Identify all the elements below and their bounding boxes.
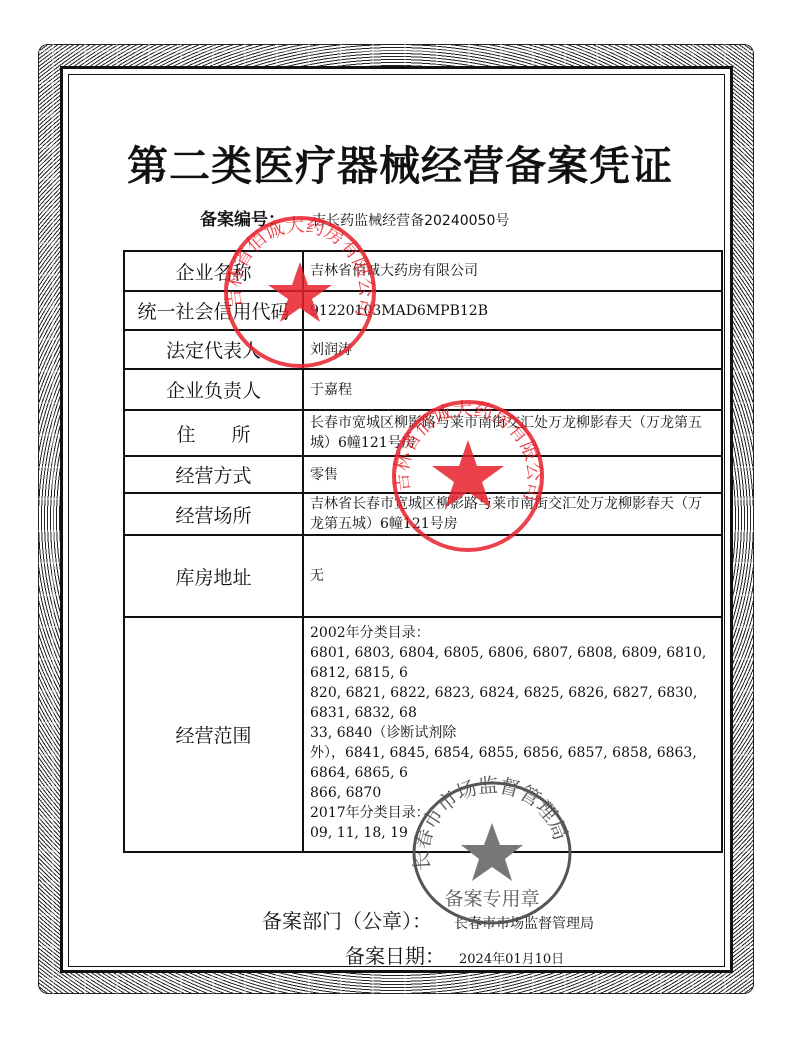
table-row: 住所 长春市宽城区柳影路与莱市南街交汇处万龙柳影春天（万龙第五城）6幢121号房	[124, 410, 722, 456]
date-label: 备案日期：	[345, 944, 445, 968]
field-value: 长春市宽城区柳影路与莱市南街交汇处万龙柳影春天（万龙第五城）6幢121号房	[303, 410, 722, 456]
date-value: 2024年01月10日	[459, 952, 564, 967]
record-number-label: 备案编号：	[200, 210, 285, 230]
department-label: 备案部门（公章）：	[262, 909, 432, 933]
table-row: 企业负责人 于嘉程	[124, 369, 722, 410]
field-value: 91220103MAD6MPB12B	[303, 291, 722, 330]
field-value: 刘润涛	[303, 330, 722, 369]
scope-line: 6801, 6803, 6804, 6805, 6806, 6807, 6808…	[310, 643, 715, 683]
table-row: 法定代表人 刘润涛	[124, 330, 722, 369]
field-label: 法定代表人	[124, 330, 303, 369]
field-value: 无	[303, 535, 722, 617]
filing-date: 备案日期：2024年01月10日	[345, 940, 564, 969]
business-scope: 2002年分类目录： 6801, 6803, 6804, 6805, 6806,…	[303, 617, 722, 852]
table-row: 统一社会信用代码 91220103MAD6MPB12B	[124, 291, 722, 330]
scope-line: 866, 6870	[310, 783, 715, 803]
scope-line: 2017年分类目录：	[310, 803, 715, 823]
field-value: 吉林省长春市宽城区柳影路与莱市南街交汇处万龙柳影春天（万龙第五城）6幢121号房	[303, 493, 722, 535]
field-value: 于嘉程	[303, 369, 722, 410]
field-label: 企业负责人	[124, 369, 303, 410]
field-label: 统一社会信用代码	[124, 291, 303, 330]
field-label: 经营范围	[124, 617, 303, 852]
table-row: 经营方式 零售	[124, 456, 722, 493]
record-number: 备案编号： 吉长药监械经营备20240050号	[200, 205, 509, 230]
scope-line: 外），6841, 6845, 6854, 6855, 6856, 6857, 6…	[310, 743, 715, 783]
scope-line: 2002年分类目录：	[310, 623, 715, 643]
scope-line: 33, 6840（诊断试剂除	[310, 723, 715, 743]
field-label: 经营场所	[124, 493, 303, 535]
field-label: 经营方式	[124, 456, 303, 493]
scope-line: 09, 11, 18, 19	[310, 823, 715, 843]
field-value: 吉林省佰诚大药房有限公司	[303, 251, 722, 291]
department-value: 长春市市场监督管理局	[454, 916, 594, 932]
certificate-title: 第二类医疗器械经营备案凭证	[0, 133, 800, 192]
field-label: 企业名称	[124, 251, 303, 291]
filing-department: 备案部门（公章）：长春市市场监督管理局	[262, 905, 594, 934]
scope-line: 820, 6821, 6822, 6823, 6824, 6825, 6826,…	[310, 683, 715, 723]
field-label: 住所	[124, 410, 303, 456]
table-row: 库房地址 无	[124, 535, 722, 617]
table-row: 经营范围 2002年分类目录： 6801, 6803, 6804, 6805, …	[124, 617, 722, 852]
info-table: 企业名称 吉林省佰诚大药房有限公司 统一社会信用代码 91220103MAD6M…	[123, 250, 723, 853]
table-row: 企业名称 吉林省佰诚大药房有限公司	[124, 251, 722, 291]
field-label: 库房地址	[124, 535, 303, 617]
record-number-value: 吉长药监械经营备20240050号	[312, 213, 509, 229]
field-value: 零售	[303, 456, 722, 493]
table-row: 经营场所 吉林省长春市宽城区柳影路与莱市南街交汇处万龙柳影春天（万龙第五城）6幢…	[124, 493, 722, 535]
